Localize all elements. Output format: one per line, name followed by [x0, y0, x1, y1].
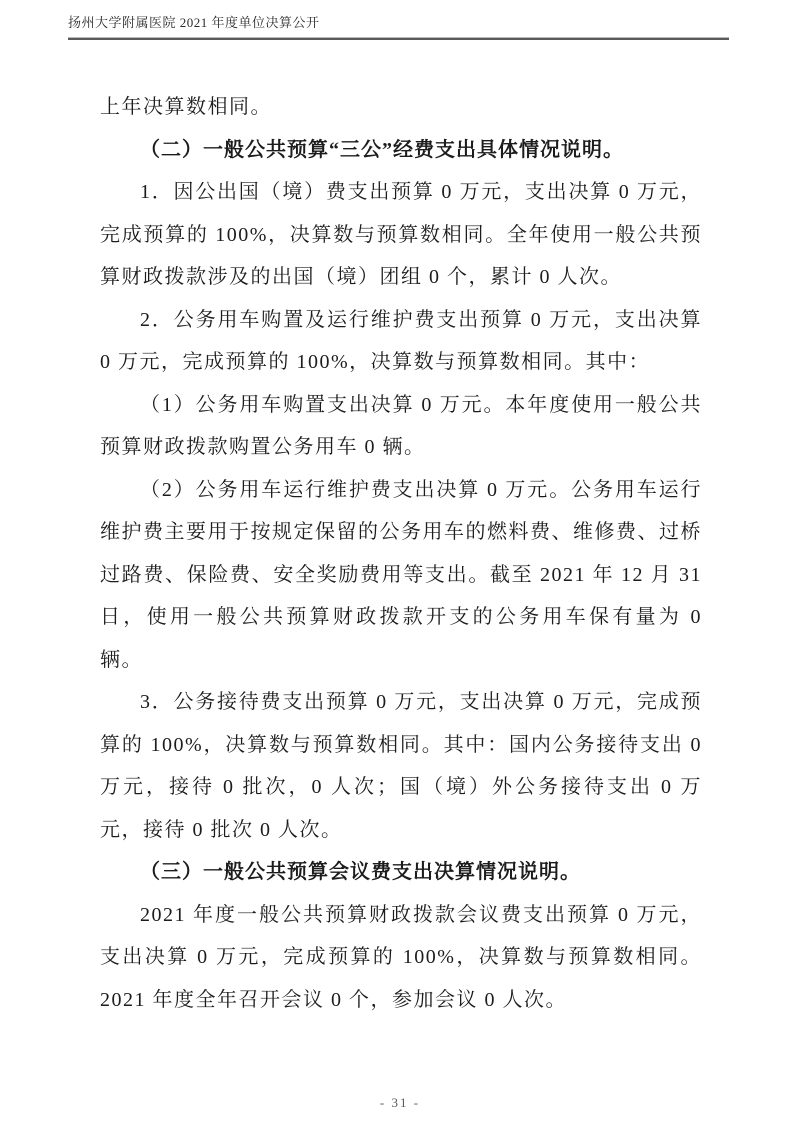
document-page: 扬州大学附属医院 2021 年度单位决算公开 上年决算数相同。（二）一般公共预算…	[0, 0, 800, 1131]
body-paragraph: 3．公务接待费支出预算 0 万元，支出决算 0 万元，完成预算的 100%，决算…	[100, 681, 702, 851]
body-paragraph: 2．公务用车购置及运行维护费支出预算 0 万元，支出决算 0 万元，完成预算的 …	[100, 299, 702, 384]
document-body: 上年决算数相同。（二）一般公共预算“三公”经费支出具体情况说明。1．因公出国（境…	[100, 86, 702, 1021]
body-paragraph: （2）公务用车运行维护费支出决算 0 万元。公务用车运行维护费主要用于按规定保留…	[100, 469, 702, 682]
section-heading: （三）一般公共预算会议费支出决算情况说明。	[100, 851, 702, 894]
header-divider	[68, 37, 729, 40]
header-title: 扬州大学附属医院 2021 年度单位决算公开	[68, 12, 729, 37]
section-heading: （二）一般公共预算“三公”经费支出具体情况说明。	[100, 129, 702, 172]
page-footer: - 31 -	[0, 1095, 800, 1111]
body-paragraph: 2021 年度一般公共预算财政拨款会议费支出预算 0 万元，支出决算 0 万元，…	[100, 894, 702, 1022]
page-header: 扬州大学附属医院 2021 年度单位决算公开	[68, 12, 729, 40]
body-paragraph: 1．因公出国（境）费支出预算 0 万元，支出决算 0 万元，完成预算的 100%…	[100, 171, 702, 299]
body-paragraph: 上年决算数相同。	[100, 86, 702, 129]
page-number: - 31 -	[380, 1095, 420, 1110]
body-paragraph: （1）公务用车购置支出决算 0 万元。本年度使用一般公共预算财政拨款购置公务用车…	[100, 384, 702, 469]
